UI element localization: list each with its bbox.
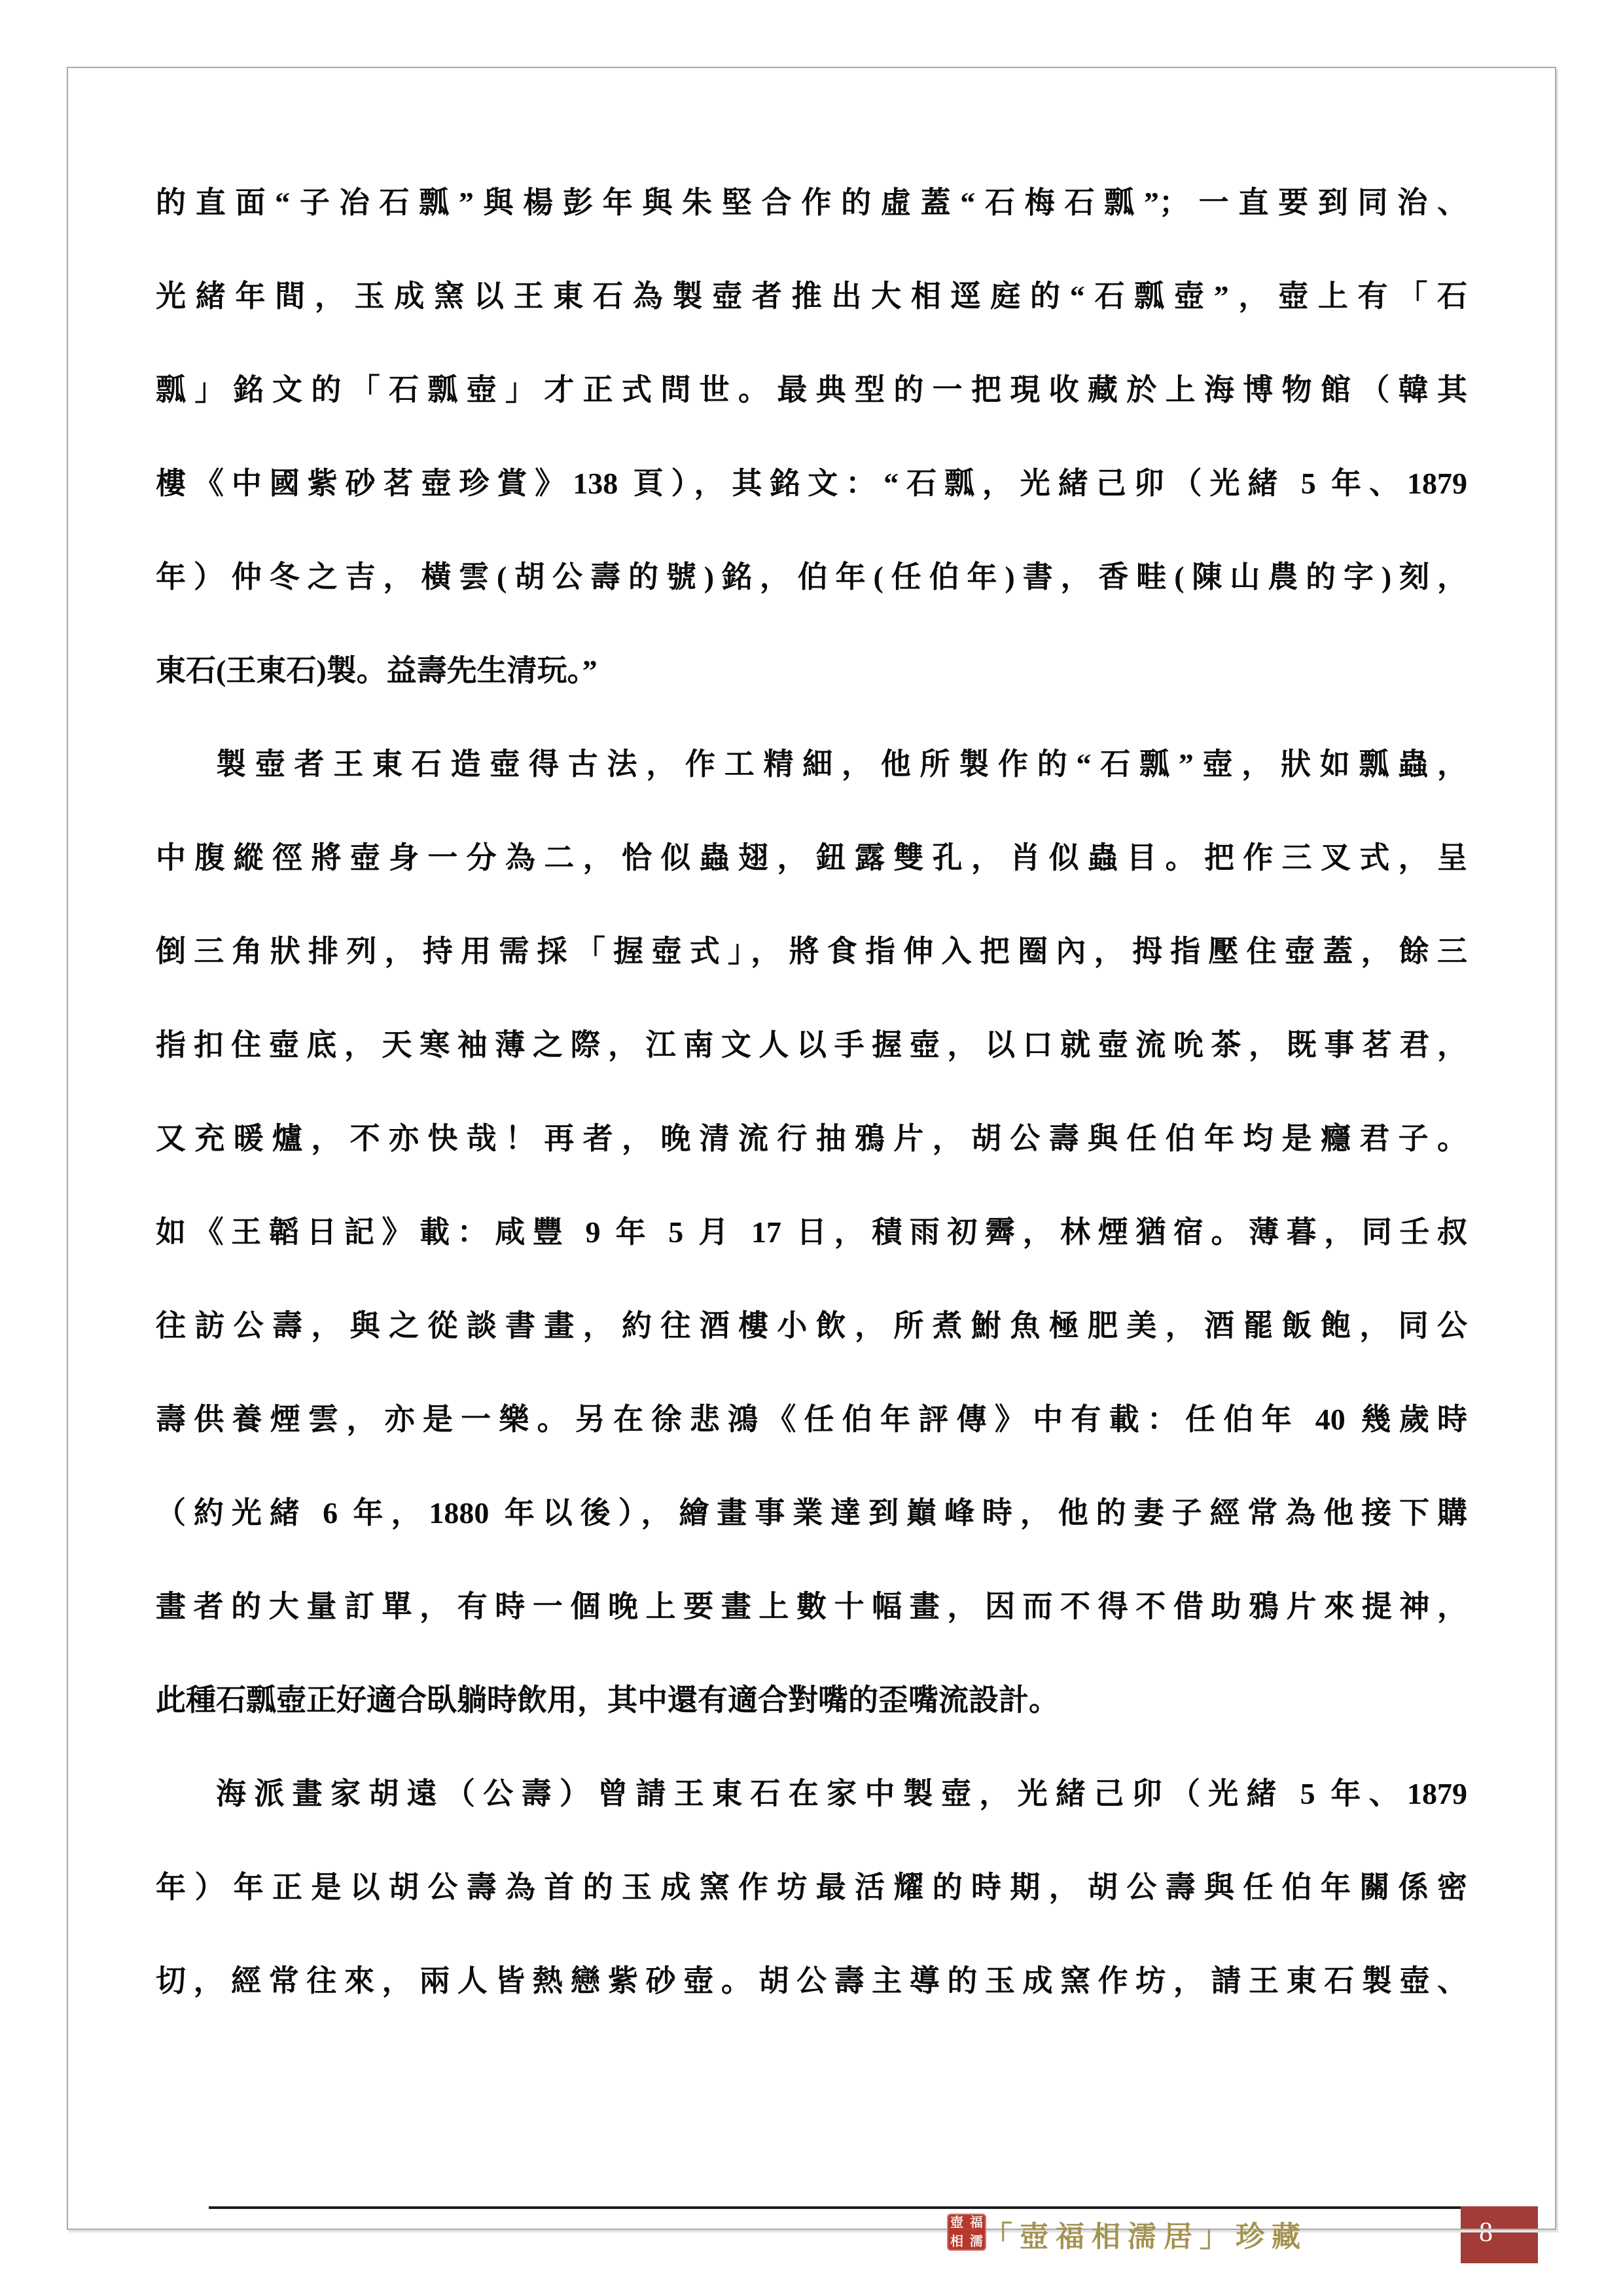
footer-divider-line — [209, 2206, 1461, 2209]
text-line-paragraph-start: 製壺者王東石造壺得古法，作工精細，他所製作的“石瓢”壺，狀如瓢蟲， — [156, 717, 1467, 811]
seal-char: 福 — [970, 2215, 983, 2230]
text-line: 切，經常往來，兩人皆熱戀紫砂壺。胡公壽主導的玉成窯作坊，請王東石製壺、 — [156, 1934, 1467, 2028]
text-line: 年）年正是以胡公壽為首的玉成窯作坊最活耀的時期，胡公壽與任伯年關係密 — [156, 1840, 1467, 1934]
text-line-paragraph-start: 海派畫家胡遠（公壽）曾請王東石在家中製壺，光緒己卯（光緒 5 年、1879 — [156, 1747, 1467, 1840]
document-page: 的直面“子冶石瓢”與楊彭年與朱堅合作的虛蓋“石梅石瓢”；一直要到同治、 光緒年間… — [0, 0, 1623, 2296]
text-line: 光緒年間，玉成窯以王東石為製壺者推出大相逕庭的“石瓢壺”，壺上有「石 — [156, 249, 1467, 343]
text-line: 瓢」銘文的「石瓢壺」才正式問世。最典型的一把現收藏於上海博物館（韓其 — [156, 343, 1467, 437]
text-line: 中腹縱徑將壺身一分為二，恰似蟲翅，鈕露雙孔，肖似蟲目。把作三叉式，呈 — [156, 811, 1467, 905]
text-line: 如《王韜日記》載：咸豐 9 年 5 月 17 日，積雨初霽，林煙猶宿。薄暮，同壬… — [156, 1185, 1467, 1279]
body-text-block: 的直面“子冶石瓢”與楊彭年與朱堅合作的虛蓋“石梅石瓢”；一直要到同治、 光緒年間… — [156, 156, 1467, 2028]
text-line: 年）仲冬之吉，橫雲(胡公壽的號)銘，伯年(任伯年)書，香畦(陳山農的字)刻， — [156, 530, 1467, 624]
text-line: 畫者的大量訂單，有時一個晚上要畫上數十幅畫，因而不得不借助鴉片來提神， — [156, 1560, 1467, 1653]
text-line: 指扣住壺底，天寒袖薄之際，江南文人以手握壺，以口就壺流吮茶，既事茗君， — [156, 998, 1467, 1092]
text-line: 壽供養煙雲，亦是一樂。另在徐悲鴻《任伯年評傳》中有載：任伯年 40 幾歲時 — [156, 1372, 1467, 1466]
text-line: 東石(王東石)製。益壽先生清玩。” — [156, 624, 1467, 717]
text-line: 又充暖爐，不亦快哉！再者，晚清流行抽鴉片，胡公壽與任伯年均是癮君子。 — [156, 1092, 1467, 1185]
text-line: 倒三角狀排列，持用需採「握壺式」，將食指伸入把圈內，拇指壓住壺蓋，餘三 — [156, 905, 1467, 998]
seal-char: 濡 — [970, 2234, 983, 2249]
collection-seal-stamp-icon: 壺 福 相 濡 — [947, 2214, 986, 2251]
page-number-box: 8 — [1461, 2206, 1538, 2263]
seal-char: 相 — [950, 2234, 963, 2249]
text-line: 的直面“子冶石瓢”與楊彭年與朱堅合作的虛蓋“石梅石瓢”；一直要到同治、 — [156, 156, 1467, 249]
text-line: 此種石瓢壺正好適合臥躺時飲用，其中還有適合對嘴的歪嘴流設計。 — [156, 1653, 1467, 1747]
seal-char: 壺 — [950, 2215, 963, 2230]
text-line: 往訪公壽，與之從談書畫，約往酒樓小飲，所煮鮒魚極肥美，酒罷飯飽，同公 — [156, 1279, 1467, 1372]
page-number: 8 — [1479, 2206, 1493, 2263]
footer-collection-label: 「壺福相濡居」珍藏 — [984, 2220, 1308, 2254]
text-line: （約光緒 6 年，1880 年以後），繪畫事業達到巔峰時，他的妻子經常為他接下購 — [156, 1466, 1467, 1560]
text-line: 樓《中國紫砂茗壺珍賞》138 頁），其銘文：“石瓢，光緒己卯（光緒 5 年、18… — [156, 437, 1467, 530]
